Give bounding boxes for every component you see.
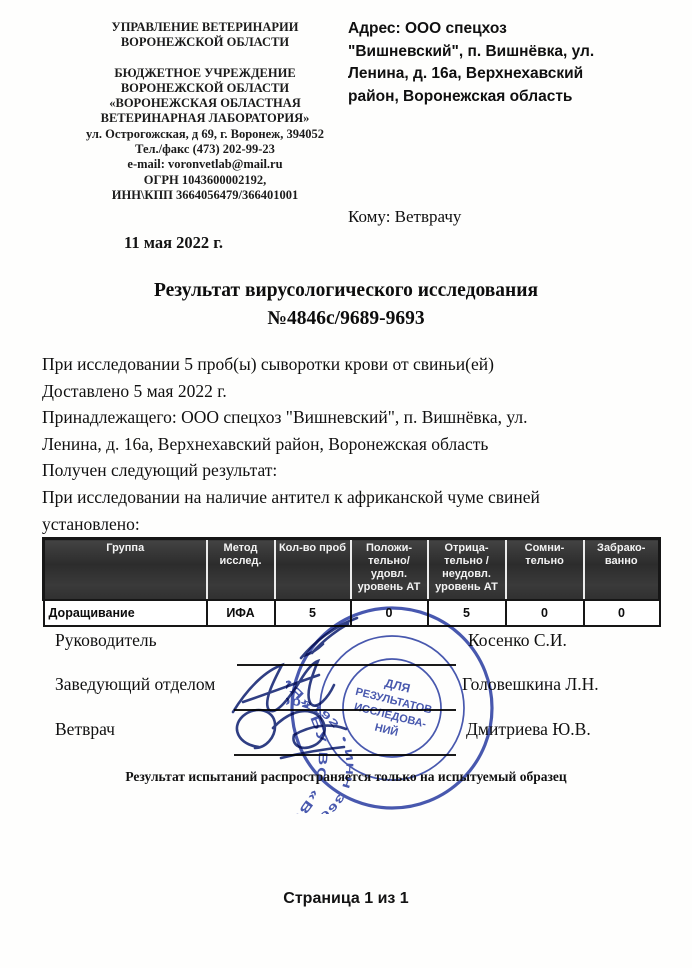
recipient-address: Адрес: ООО спецхоз "Вишневский", п. Вишн… <box>348 18 664 108</box>
col-header-rejected: Забрако- ванно <box>584 539 660 601</box>
signature-role-director: Руководитель <box>55 630 157 651</box>
table-header-row: Группа Метод исслед. Кол-во проб Положи-… <box>44 539 660 601</box>
letterhead-institution: БЮДЖЕТНОЕ УЧРЕЖДЕНИЕ ВОРОНЕЖСКОЙ ОБЛАСТИ… <box>58 66 352 204</box>
cell-rejected: 0 <box>584 600 660 626</box>
col-header-doubtful: Сомни- тельно <box>506 539 584 601</box>
col-header-sample-count: Кол-во проб <box>275 539 351 601</box>
seal-middle-circle <box>320 636 464 780</box>
footer-note: Результат испытаний распространяется тол… <box>0 769 692 785</box>
letterhead-authority: УПРАВЛЕНИЕ ВЕТЕРИНАРИИ ВОРОНЕЖСКОЙ ОБЛАС… <box>58 20 352 51</box>
recipient-to: Кому: Ветврачу <box>348 207 461 227</box>
page-number: Страница 1 из 1 <box>0 890 692 908</box>
signature-role-head-of-department: Заведующий отделом <box>55 674 215 695</box>
seal-ring-text: БУ ВО «ВОРОНЕЖСКАЯ ОБЛВЕТЛАБОРАТОРИЯ» <box>286 660 330 814</box>
cell-doubtful: 0 <box>506 600 584 626</box>
document-page: УПРАВЛЕНИЕ ВЕТЕРИНАРИИ ВОРОНЕЖСКОЙ ОБЛАС… <box>0 0 692 968</box>
document-title: Результат вирусологического исследования… <box>0 277 692 332</box>
col-header-method: Метод исслед. <box>207 539 275 601</box>
letterhead: УПРАВЛЕНИЕ ВЕТЕРИНАРИИ ВОРОНЕЖСКОЙ ОБЛАС… <box>58 20 352 203</box>
document-date: 11 мая 2022 г. <box>124 233 223 253</box>
signature-role-veterinarian: Ветврач <box>55 719 115 740</box>
col-header-negative: Отрица- тельно / неудовл. уровень АТ <box>428 539 506 601</box>
svg-text:БУ ВО «ВОРОНЕЖСКАЯ ОБЛВЕТЛАБОР: БУ ВО «ВОРОНЕЖСКАЯ ОБЛВЕТЛАБОРАТОРИЯ» <box>286 660 330 814</box>
cell-group: Доращивание <box>44 600 207 626</box>
document-body: При исследовании 5 проб(ы) сыворотки кро… <box>42 351 664 537</box>
col-header-positive: Положи- тельно/ удовл. уровень АТ <box>351 539 428 601</box>
seal-center-line-4: НИЙ <box>373 721 399 739</box>
col-header-group: Группа <box>44 539 207 601</box>
